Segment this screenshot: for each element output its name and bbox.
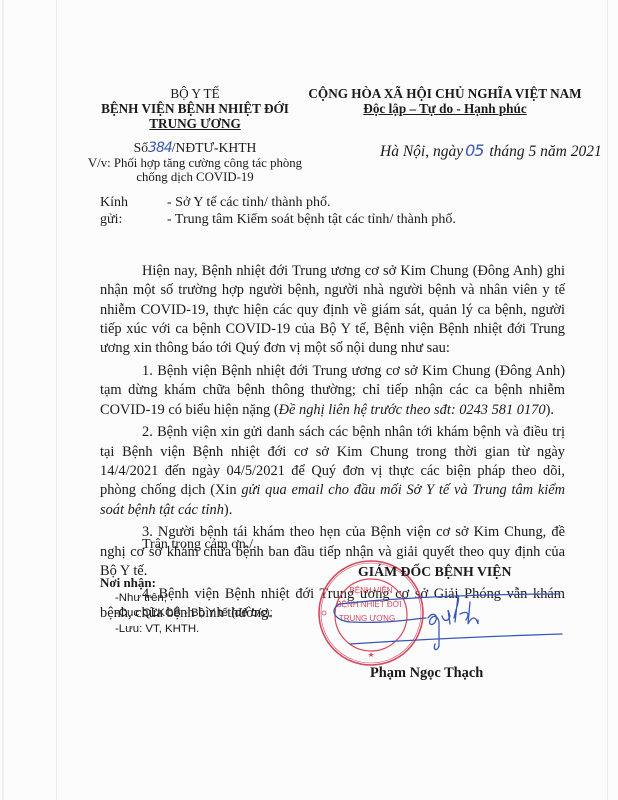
intro-paragraph: Hiện nay, Bệnh nhiệt đới Trung ương cơ s…: [100, 262, 565, 358]
closing-line: Trân trọng cảm ơn./.: [142, 537, 257, 553]
hospital-name-line2: TRUNG ƯƠNG: [149, 116, 240, 131]
document-number: Số384/NĐTƯ-KHTH: [80, 140, 310, 156]
distribution-list: Nơi nhận: -Như trên; -Cục QLKCB - Bộ Y t…: [100, 575, 273, 637]
recipient-item: - Sở Y tế các tỉnh/ thành phố.: [167, 194, 456, 211]
recipient-item: - Trung tâm Kiểm soát bệnh tật các tỉnh/…: [167, 211, 456, 228]
document-date: Hà Nội, ngày05 tháng 5 năm 2021: [380, 141, 602, 161]
signature-mark: [330, 588, 570, 668]
issuer-header: BỘ Y TẾ BỆNH VIỆN BỆNH NHIỆT ĐỚI TRUNG Ư…: [80, 86, 310, 184]
subject-line: V/v: Phối hợp tăng cường công tác phòng …: [80, 156, 310, 184]
national-header: CỘNG HÒA XÃ HỘI CHỦ NGHĨA VIỆT NAM Độc l…: [300, 86, 590, 116]
handwritten-day: 05: [463, 141, 485, 160]
distribution-title: Nơi nhận:: [100, 575, 273, 591]
hospital-name: BỆNH VIỆN BỆNH NHIỆT ĐỚI: [80, 101, 310, 116]
recipients-list: - Sở Y tế các tỉnh/ thành phố. - Trung t…: [167, 194, 456, 228]
signatory-title: GIÁM ĐỐC BỆNH VIỆN: [358, 564, 511, 580]
item-1: 1. Bệnh viện Bệnh nhiệt đới Trung ương c…: [100, 362, 565, 420]
recipients-label: Kính gửi:: [100, 194, 128, 228]
national-motto: Độc lập – Tự do - Hạnh phúc: [363, 101, 526, 116]
distribution-item: -Cục QLKCB - Bộ Y tế (để b/c);: [100, 606, 273, 622]
page-margin-line: [607, 0, 608, 800]
distribution-item: -Như trên;: [100, 591, 273, 607]
page-margin-line: [56, 0, 57, 800]
item-2: 2. Bệnh viện xin gửi danh sách các bệnh …: [100, 423, 565, 519]
distribution-item: -Lưu: VT, KHTH.: [100, 622, 273, 638]
signatory-name: Phạm Ngọc Thạch: [370, 665, 483, 682]
page-edge: [2, 0, 4, 800]
ministry-name: BỘ Y TẾ: [80, 86, 310, 101]
handwritten-number: 384: [148, 140, 172, 156]
country-name: CỘNG HÒA XÃ HỘI CHỦ NGHĨA VIỆT NAM: [300, 86, 590, 101]
